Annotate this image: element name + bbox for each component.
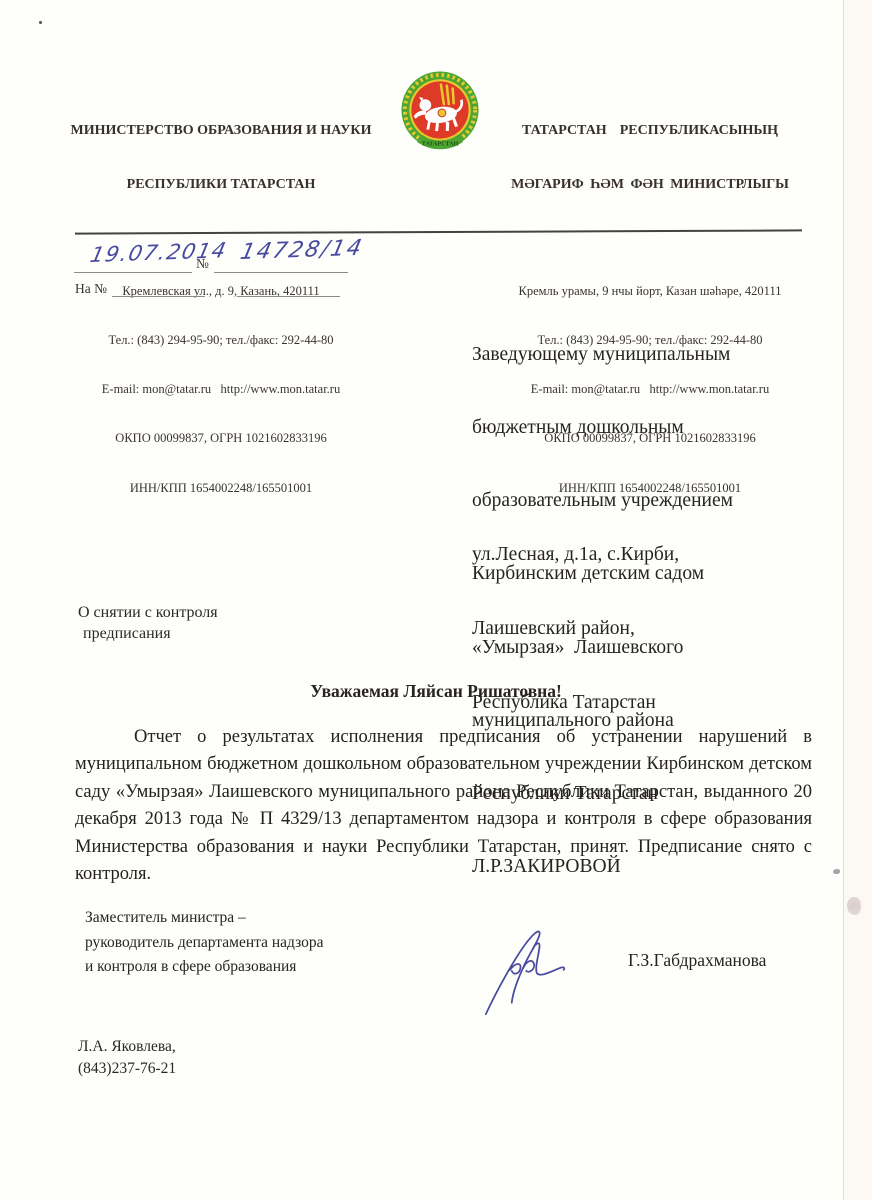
date-underline [74, 272, 192, 273]
subject-line2: предписания [78, 623, 218, 644]
executor-phone: (843)237-76-21 [78, 1058, 176, 1080]
signer-position-line3: и контроля в сфере образования [85, 955, 324, 980]
recipient-address-line: Лаишевский район, [472, 617, 679, 642]
handwritten-outgoing-number: 14728/14 [238, 236, 366, 265]
executor-contact-block: Л.А. Яковлева, (843)237-76-21 [78, 1036, 176, 1079]
inn-line-ru: ИНН/КПП 1654002248/165501001 [62, 480, 380, 496]
scan-artifact-speck [833, 869, 840, 874]
phone-line-ru: Тел.: (843) 294-95-90; тел./факс: 292-44… [62, 332, 380, 348]
ministry-title-tat-line2: МӘГАРИФ ҺӘМ ФӘН МИНИСТРЛЫГЫ [498, 176, 802, 194]
recipient-line: бюджетным дошкольным [472, 416, 733, 440]
signer-position-line2: руководитель департамента надзора [85, 931, 324, 956]
number-underline [214, 272, 348, 273]
scanned-letter-page: МИНИСТЕРСТВО ОБРАЗОВАНИЯ И НАУКИ РЕСПУБЛ… [0, 0, 872, 1200]
letterhead-russian: МИНИСТЕРСТВО ОБРАЗОВАНИЯ И НАУКИ РЕСПУБЛ… [62, 86, 380, 529]
reply-underline-2 [237, 296, 340, 297]
reply-underline-1 [112, 296, 205, 297]
email-line-ru: E-mail: mon@tatar.ru http://www.mon.tata… [62, 381, 380, 397]
signer-name: Г.З.Габдрахманова [628, 950, 766, 971]
scan-artifact-dot [39, 21, 42, 24]
reply-to-label: На № [75, 281, 107, 297]
coat-of-arms-tatarstan-icon: ТАТАРСТАН [400, 69, 480, 151]
letter-subject: О снятии с контроля предписания [78, 602, 218, 644]
number-sign-label: № [196, 256, 209, 272]
okpo-line-ru: ОКПО 00099837, ОГРН 1021602833196 [62, 430, 380, 446]
emblem-ring-text: ТАТАРСТАН [422, 142, 459, 148]
scan-edge-seam [843, 0, 844, 1200]
signer-position-block: Заместитель министра – руководитель депа… [85, 906, 324, 980]
scan-edge-shading [844, 0, 872, 1200]
recipient-line: Заведующему муниципальным [472, 343, 733, 367]
ministry-title-ru: МИНИСТЕРСТВО ОБРАЗОВАНИЯ И НАУКИ РЕСПУБЛ… [62, 86, 380, 230]
ministry-title-ru-line2: РЕСПУБЛИКИ ТАТАРСТАН [62, 176, 380, 194]
ministry-title-tat: ТАТАРСТАН РЕСПУБЛИКАСЫНЫҢ МӘГАРИФ ҺӘМ ФӘ… [498, 86, 802, 230]
contact-info-ru: Кремлевская ул., д. 9, Казань, 420111 Те… [62, 250, 380, 529]
ministry-title-ru-line1: МИНИСТЕРСТВО ОБРАЗОВАНИЯ И НАУКИ [62, 122, 380, 140]
handwritten-signature [466, 922, 594, 1018]
subject-line1: О снятии с контроля [78, 602, 218, 623]
letter-body-paragraph: Отчет о результатах исполнения предписан… [75, 724, 812, 888]
ministry-title-tat-line1: ТАТАРСТАН РЕСПУБЛИКАСЫНЫҢ [498, 122, 802, 140]
signer-position-line1: Заместитель министра – [85, 906, 324, 931]
executor-name: Л.А. Яковлева, [78, 1036, 176, 1058]
salutation: Уважаемая Ляйсан Ришатовна! [0, 681, 872, 702]
recipient-address-line: ул.Лесная, д.1а, с.Кирби, [472, 543, 679, 568]
